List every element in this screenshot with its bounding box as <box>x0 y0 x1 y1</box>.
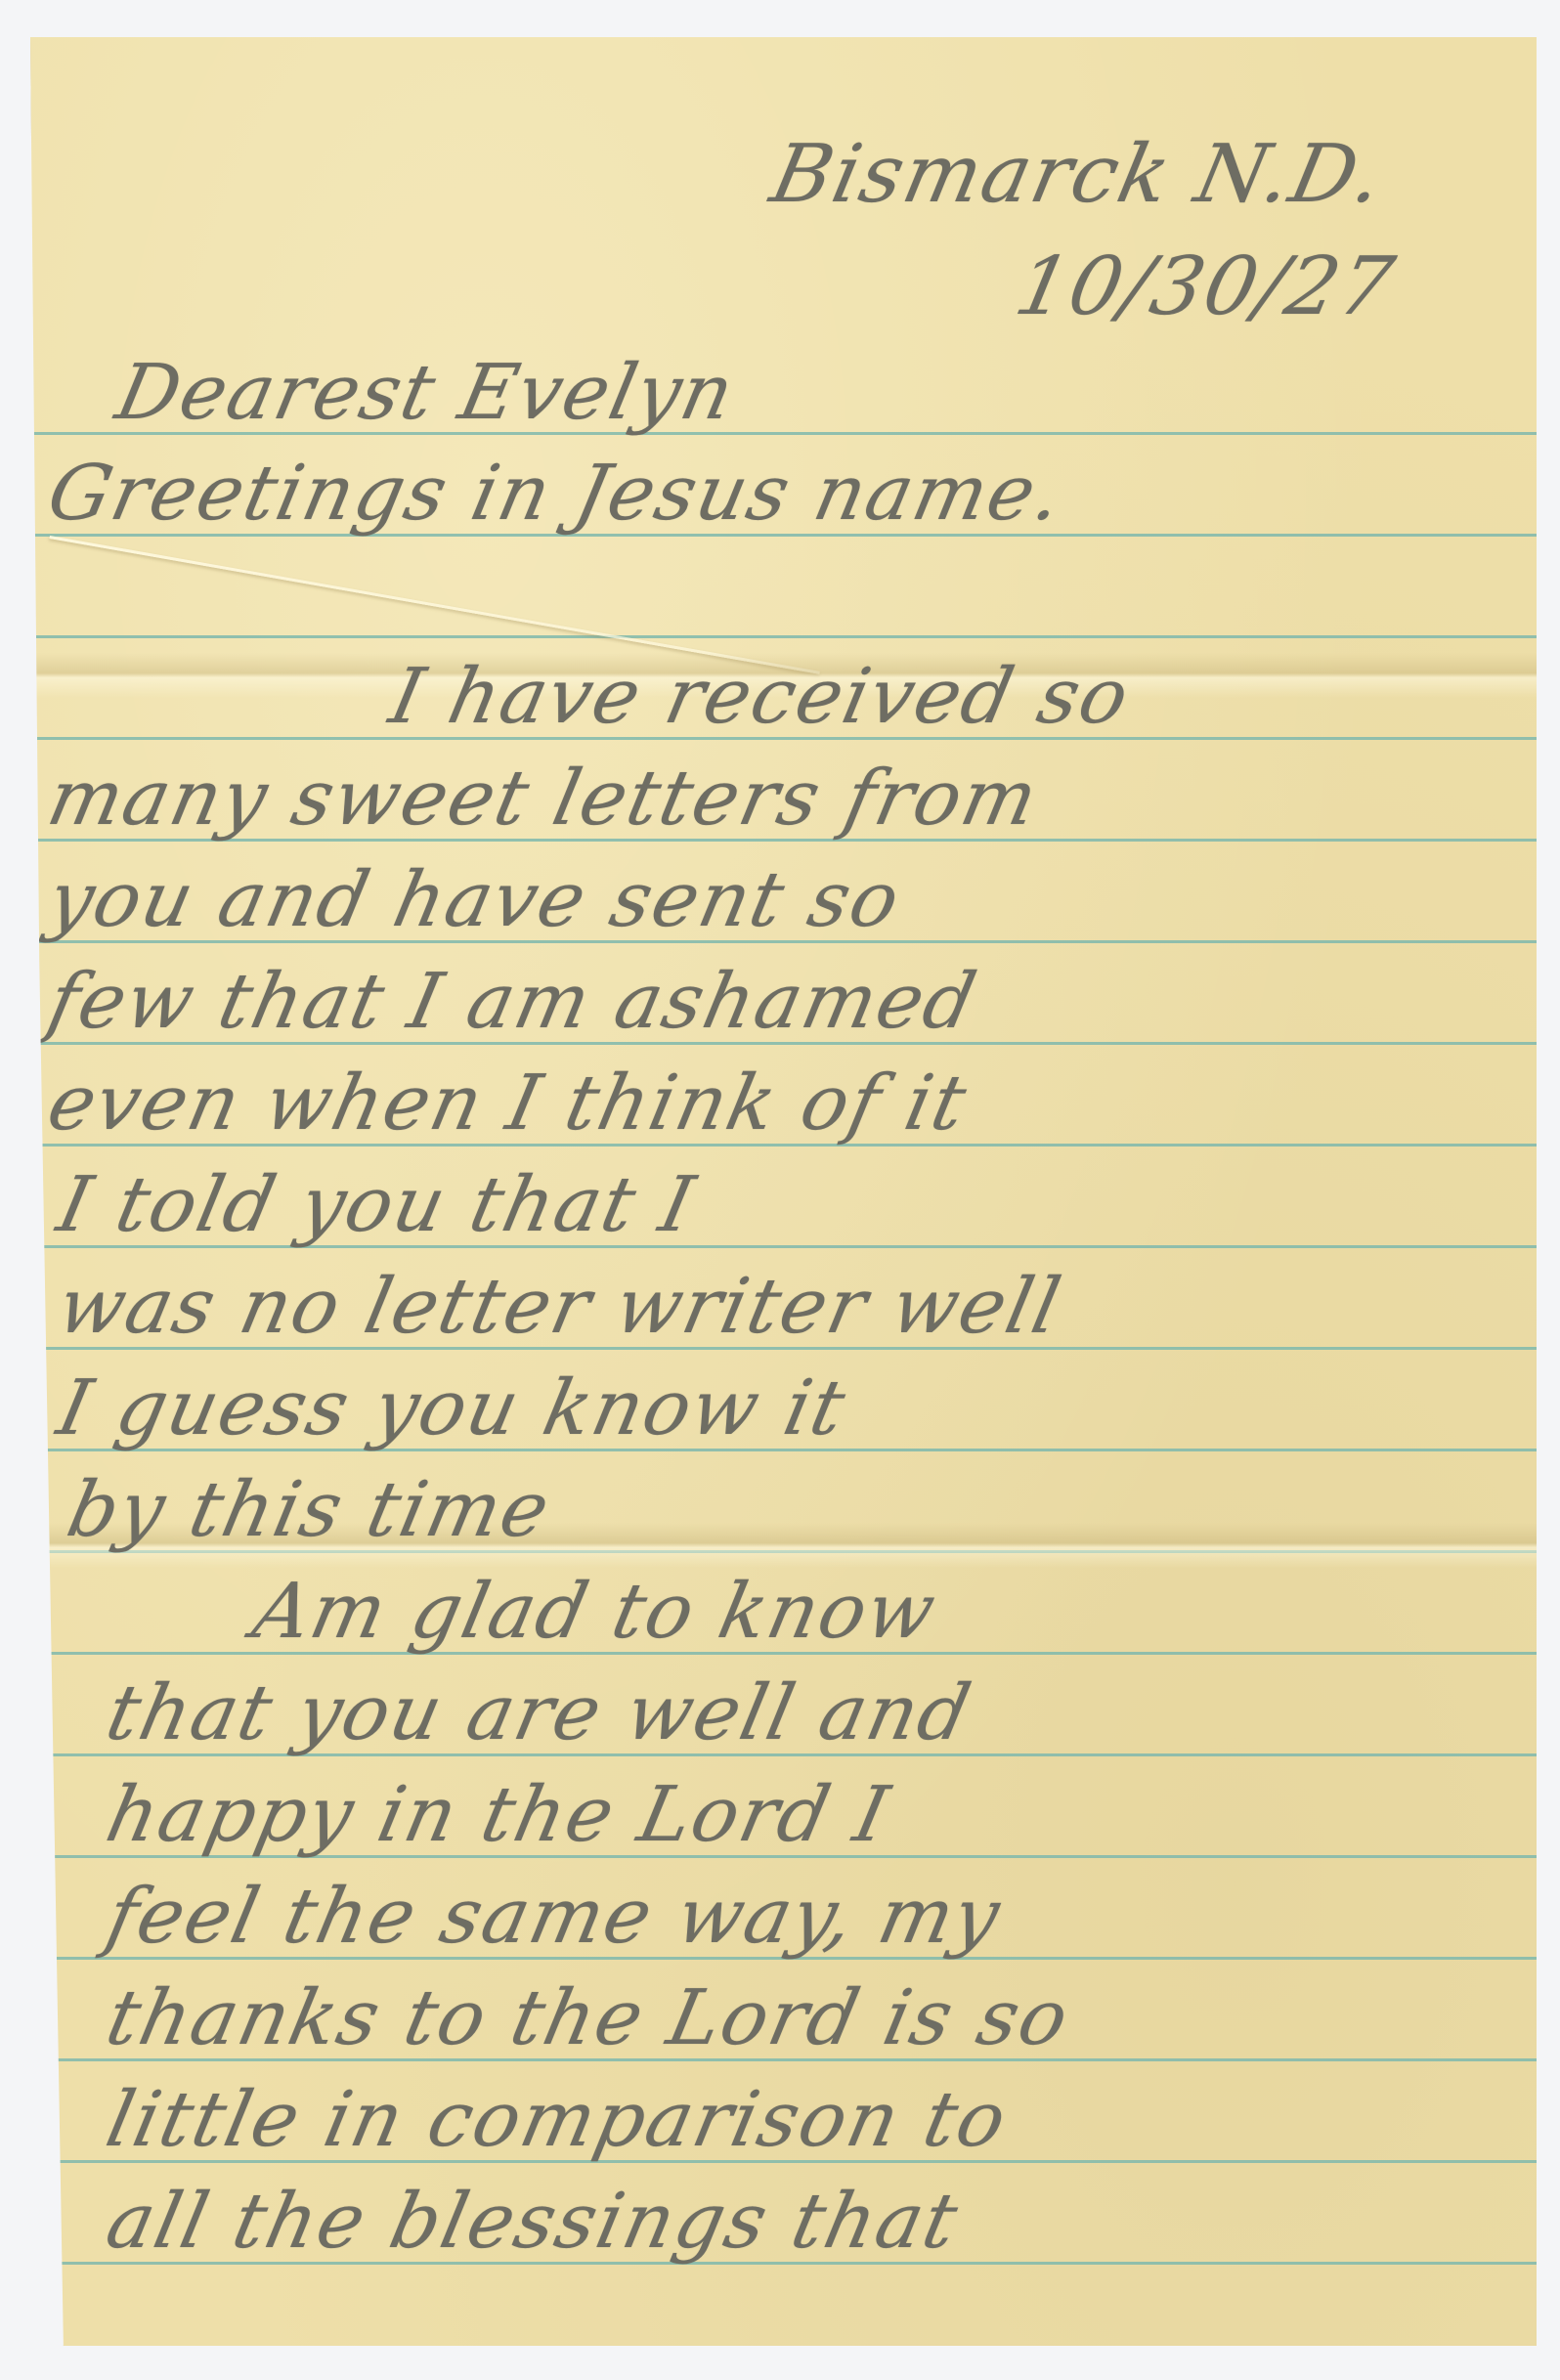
letter-line: thanks to the Lord is so <box>101 1980 1076 2056</box>
ruled-line <box>30 635 1537 638</box>
letter-line: feel the same way, my <box>101 1879 1008 1955</box>
letter-line: was no letter writer well <box>52 1269 1068 1345</box>
letter-line: that you are well and <box>101 1675 978 1752</box>
letter-line: I guess you know it <box>52 1370 853 1447</box>
letter-page: Bismarck N.D. 10/30/27 Dearest Evelyn Gr… <box>30 37 1537 2346</box>
letter-line: all the blessings that <box>101 2184 966 2260</box>
letter-salutation: Dearest Evelyn <box>110 355 742 431</box>
letter-place: Bismarck N.D. <box>764 135 1391 215</box>
letter-line: I have received so <box>384 659 1137 735</box>
letter-line: Am glad to know <box>247 1574 943 1650</box>
letter-line: little in comparison to <box>101 2082 1015 2158</box>
letter-line: happy in the Lord I <box>101 1777 896 1853</box>
letter-greeting: Greetings in Jesus name. <box>42 455 1070 532</box>
letter-line: many sweet letters from <box>42 760 1046 837</box>
letter-line: I told you that I <box>52 1167 702 1243</box>
letter-date: 10/30/27 <box>1009 247 1402 327</box>
letter-line: even when I think of it <box>42 1065 975 1142</box>
letter-line: you and have sent so <box>42 862 907 938</box>
letter-line: by this time <box>62 1472 557 1548</box>
letter-line: few that I am ashamed <box>42 964 984 1040</box>
